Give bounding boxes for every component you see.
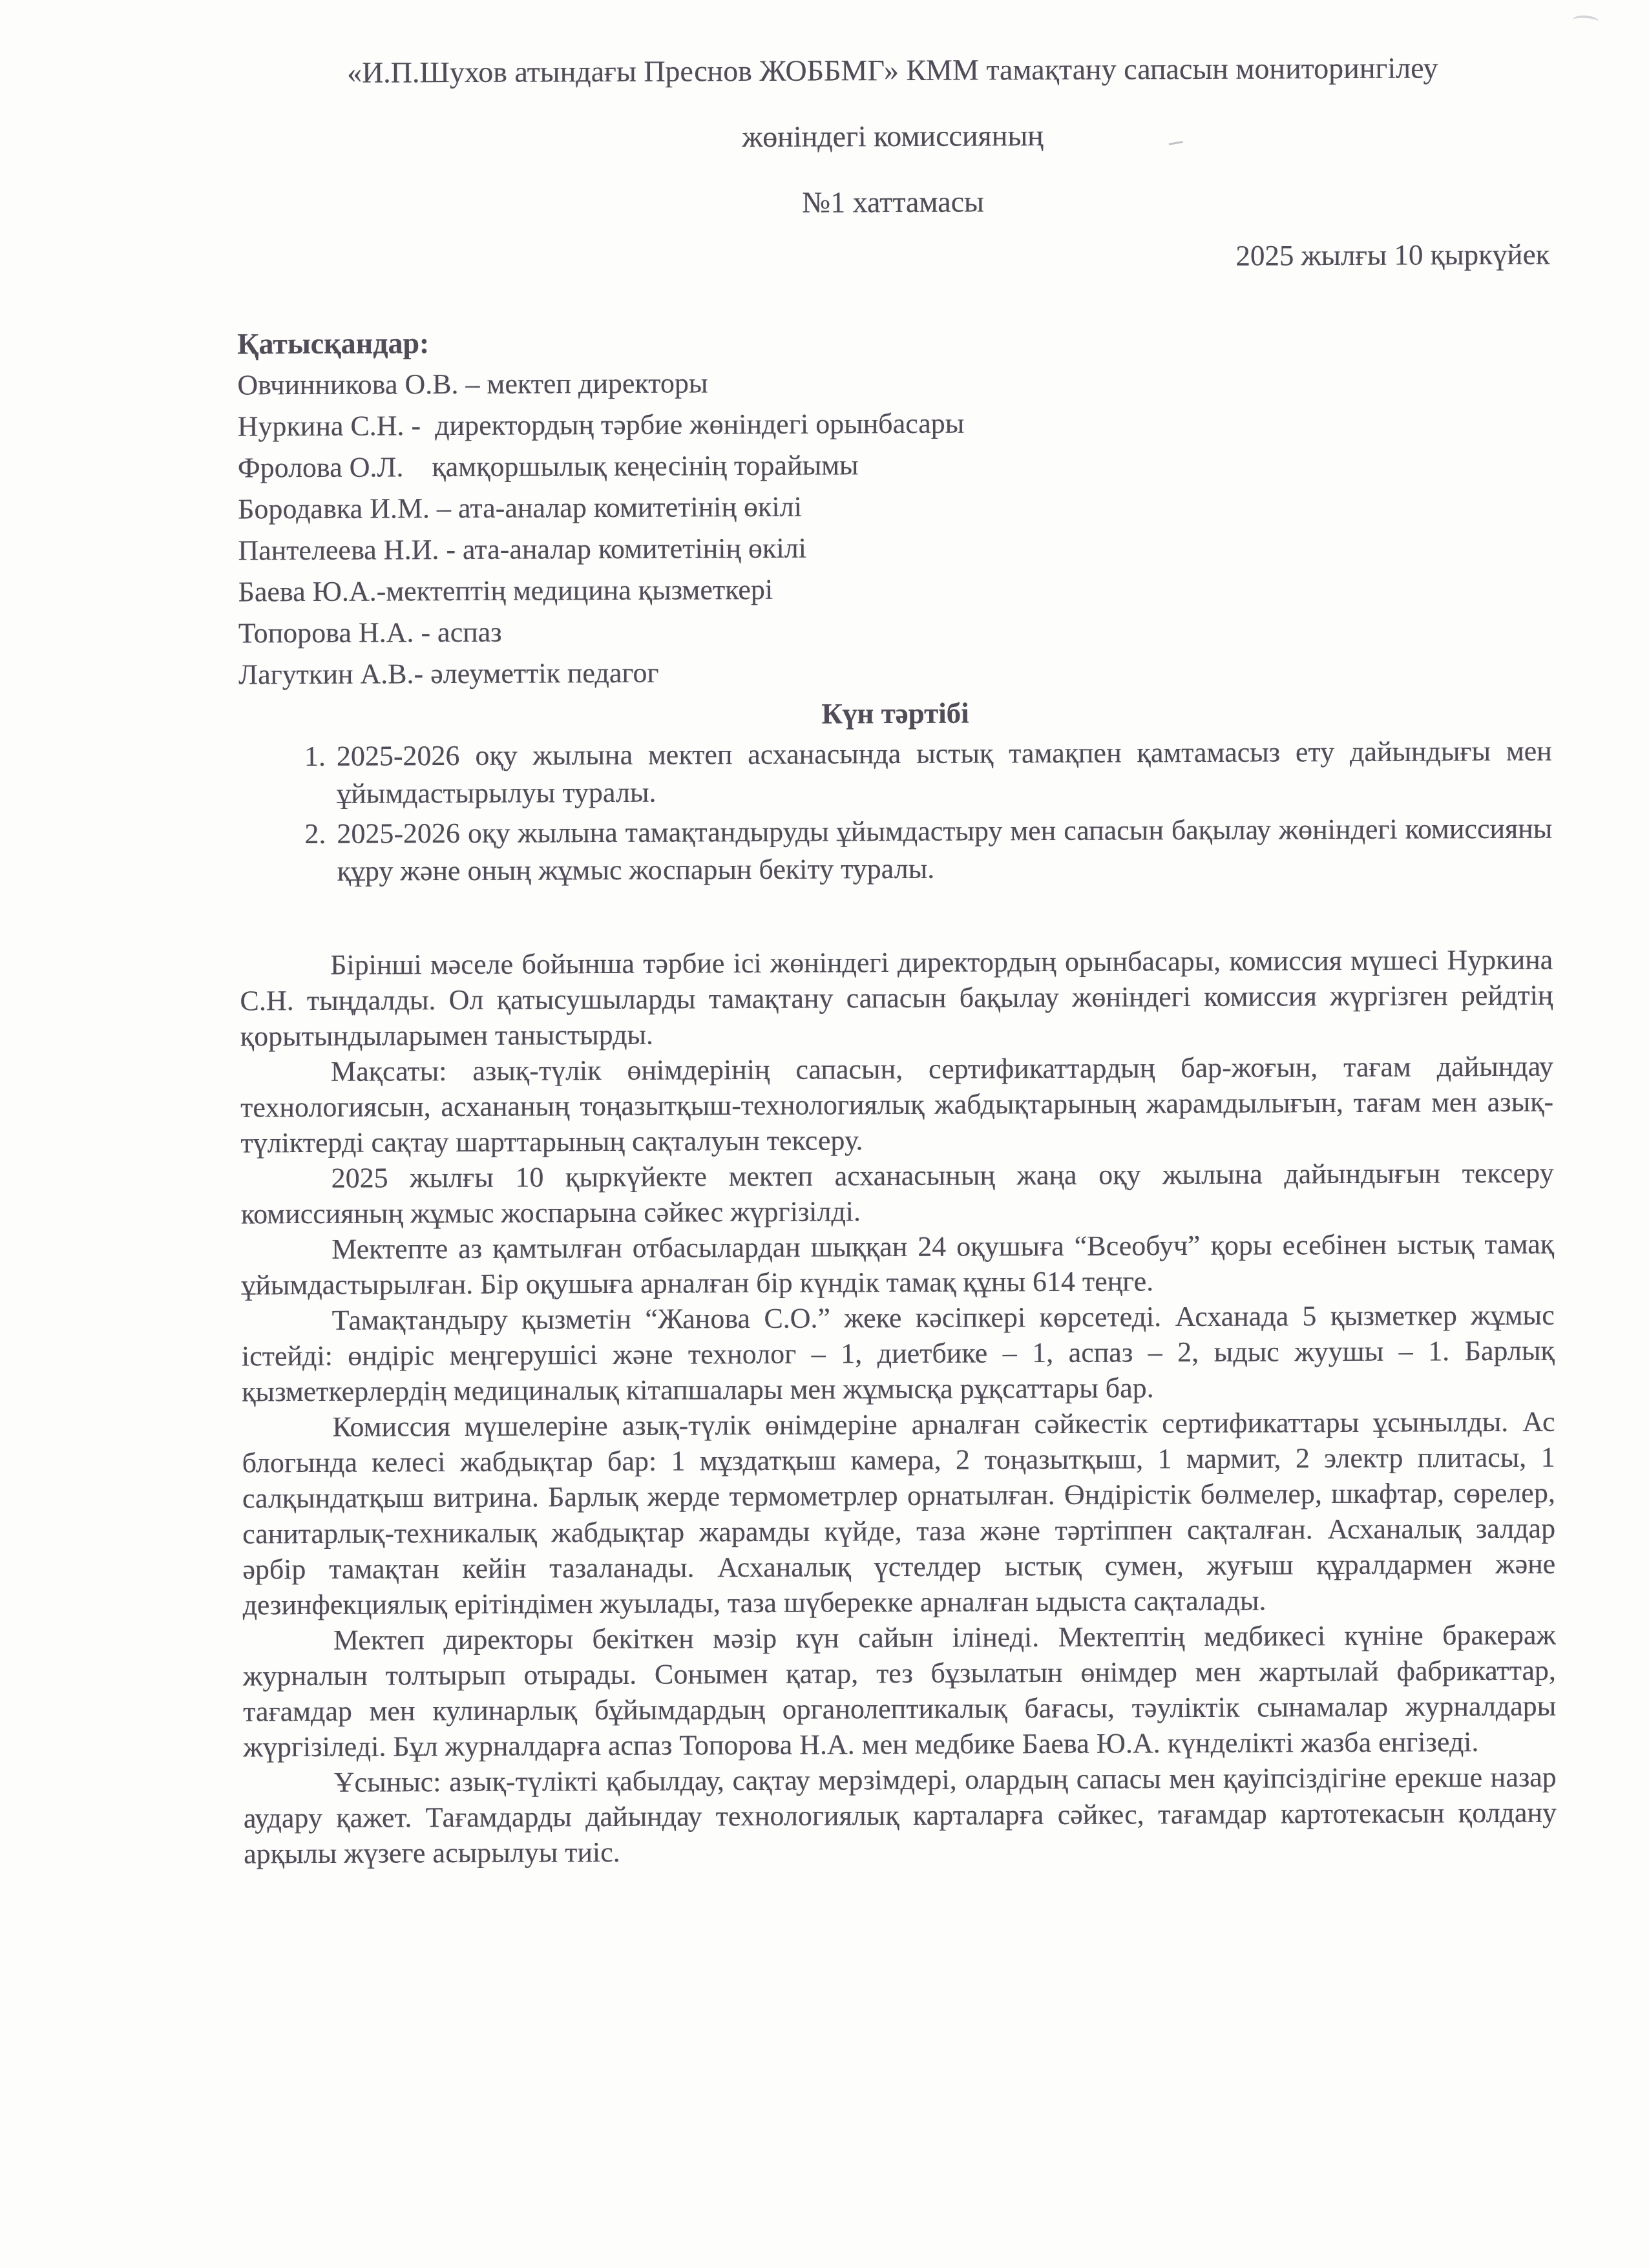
participant-line: Фролова О.Л. қамқоршылық кеңесінің торай…: [238, 442, 1551, 489]
body-paragraph: Мақсаты: азық-түлік өнімдерінің сапасын,…: [240, 1049, 1554, 1161]
document-title: «И.П.Шухов атындағы Преснов ЖОББМГ» КММ …: [236, 35, 1549, 238]
participant-line: Нуркина С.Н. - директордың тәрбие жөнінд…: [237, 401, 1550, 448]
scanned-document-page: «И.П.Шухов атындағы Преснов ЖОББМГ» КММ …: [0, 0, 1649, 2268]
title-line-3: №1 хаттамасы: [236, 167, 1549, 238]
participant-line: Лагуткин А.В.- әлеуметтік педагог: [238, 649, 1551, 696]
body-paragraph: Ұсыныс: азық-түлікті қабылдау, сақтау ме…: [244, 1759, 1557, 1872]
participants-list: Овчинникова О.В. – мектеп директорыНурки…: [237, 359, 1551, 696]
scan-artifact: [1572, 15, 1599, 27]
agenda-heading: Күн тәртібі: [238, 691, 1551, 736]
participant-line: Топорова Н.А. - аспаз: [238, 607, 1551, 655]
document-body: Бірінші мәселе бойынша тәрбие ісі жөнінд…: [240, 942, 1557, 1872]
title-line-1: «И.П.Шухов атындағы Преснов ЖОББМГ» КММ …: [236, 35, 1549, 107]
title-line-2: жөніндегі комиссияның: [236, 101, 1549, 173]
participants-section: Қатысқандар: Овчинникова О.В. – мектеп д…: [237, 318, 1551, 696]
body-paragraph: Тамақтандыру қызметін “Жанова С.О.” жеке…: [242, 1297, 1555, 1410]
participant-line: Овчинникова О.В. – мектеп директоры: [237, 359, 1550, 406]
participant-line: Баева Ю.А.-мектептің медицина қызметкері: [238, 566, 1551, 613]
document-date: 2025 жылғы 10 қыркүйек: [236, 236, 1549, 278]
body-paragraph: 2025 жылғы 10 қыркүйекте мектеп асханасы…: [241, 1155, 1554, 1232]
participant-line: Пантелеева Н.И. - ата-аналар комитетінің…: [238, 525, 1551, 572]
body-paragraph: Мектеп директоры бекіткен мәзір күн сайы…: [243, 1617, 1557, 1765]
participants-heading: Қатысқандар:: [237, 318, 1550, 365]
participant-line: Бородавка И.М. – ата-аналар комитетінің …: [238, 483, 1551, 530]
body-paragraph: Мектепте аз қамтылған отбасылардан шыққа…: [241, 1226, 1554, 1303]
body-paragraph: Комиссия мүшелеріне азық-түлік өнімдерін…: [242, 1404, 1555, 1623]
document-content: «И.П.Шухов атындағы Преснов ЖОББМГ» КММ …: [236, 35, 1557, 1872]
body-paragraph: Бірінші мәселе бойынша тәрбие ісі жөнінд…: [240, 942, 1553, 1055]
agenda-item: 2025-2026 оқу жылына мектеп асханасында …: [333, 733, 1552, 813]
agenda-item: 2025-2026 оқу жылына тамақтандыруды ұйым…: [333, 810, 1552, 890]
agenda-list: 2025-2026 оқу жылына мектеп асханасында …: [239, 733, 1553, 891]
